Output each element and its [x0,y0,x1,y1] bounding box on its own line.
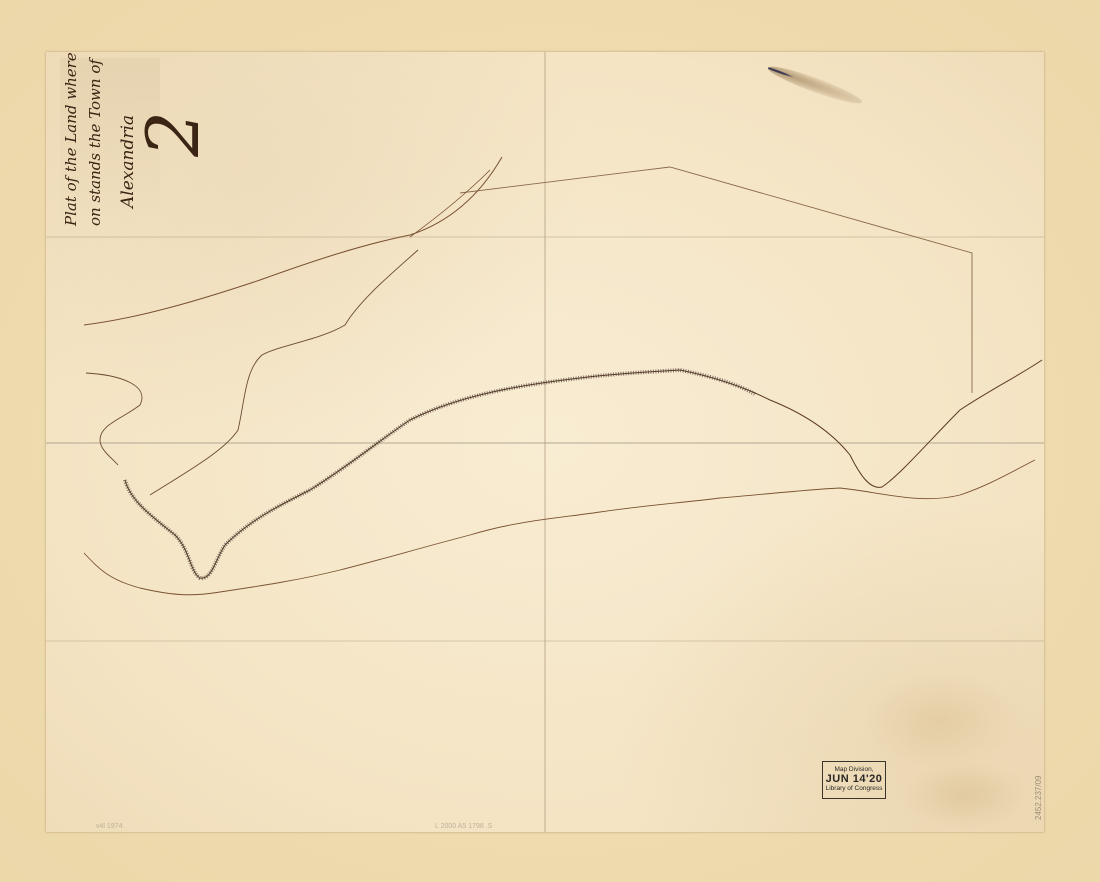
call-number: 2452.237/09 [1034,776,1043,821]
creek-left [86,373,142,465]
library-stamp: Map Division, JUN 14'20 Library of Congr… [822,761,886,799]
endorsement-number: 2 [137,111,209,157]
endorsement-line-2: on stands the Town of [86,59,104,226]
road-line-upper-2 [410,170,490,237]
shoreline [125,360,1042,578]
pencil-note-left: v4l 1974 [96,823,122,830]
endorsement-line-1: Plat of the Land where [62,52,80,226]
property-boundary [460,167,972,393]
road-line-lower [84,460,1035,595]
pencil-note-center: L 2000 A5 1798 .S [435,823,492,830]
shoreline-hachure [125,370,755,578]
stamp-library: Library of Congress [826,786,883,793]
stream-line [150,250,418,495]
